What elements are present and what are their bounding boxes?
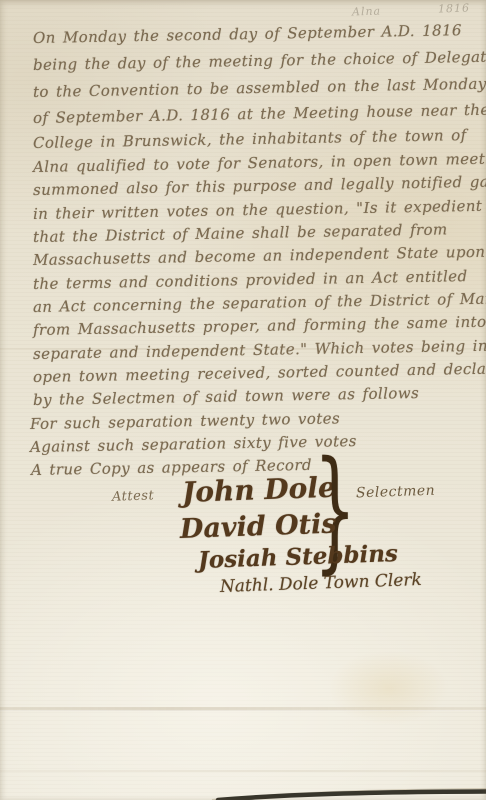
- signature-josiah-stebbins: Josiah Stebbins: [198, 540, 399, 574]
- pencil-annotation-town: Alna: [352, 4, 382, 18]
- pencil-annotation-year: 1816: [438, 1, 470, 15]
- text-line: being the day of the meeting for the cho…: [33, 47, 486, 74]
- text-line: from Massachusetts proper, and forming t…: [33, 312, 486, 339]
- text-line: College in Brunswick, the inhabitants of…: [33, 126, 467, 152]
- text-line: the terms and conditions provided in an …: [33, 267, 468, 293]
- text-line: that the District of Maine shall be sepa…: [33, 220, 448, 246]
- text-line: Alna qualified to vote for Senators, in …: [33, 149, 486, 176]
- text-line: an Act concerning the separation of the …: [33, 289, 486, 316]
- signature-town-clerk: Nathl. Dole Town Clerk: [220, 570, 422, 597]
- text-line: by the Selectmen of said town were as fo…: [33, 384, 419, 409]
- manuscript-page: Alna 1816 On Monday the second day of Se…: [0, 0, 486, 800]
- text-line: summoned also for this purpose and legal…: [33, 172, 486, 199]
- text-line: in their written votes on the question, …: [33, 197, 483, 223]
- text-line: open town meeting received, sorted count…: [33, 359, 486, 386]
- signature-david-otis: David Otis: [179, 509, 337, 545]
- paper-fold-line: [0, 707, 486, 711]
- text-line: of September A.D. 1816 at the Meeting ho…: [33, 101, 486, 127]
- paper-crease: [0, 770, 486, 772]
- text-line: to the Convention to be assembled on the…: [33, 75, 486, 101]
- text-line: Massachusetts and become an independent …: [33, 243, 486, 269]
- vote-line-against: Against such separation sixty five votes: [30, 432, 357, 456]
- vote-line-for: For such separation twenty two votes: [30, 409, 340, 433]
- selectmen-label: Selectmen: [356, 483, 436, 502]
- attest-label: Attest: [112, 488, 155, 504]
- paper-bottom-edge-shadow: [0, 784, 486, 800]
- text-line: On Monday the second day of September A.…: [33, 21, 462, 47]
- text-line: separate and independent State." Which v…: [33, 337, 486, 363]
